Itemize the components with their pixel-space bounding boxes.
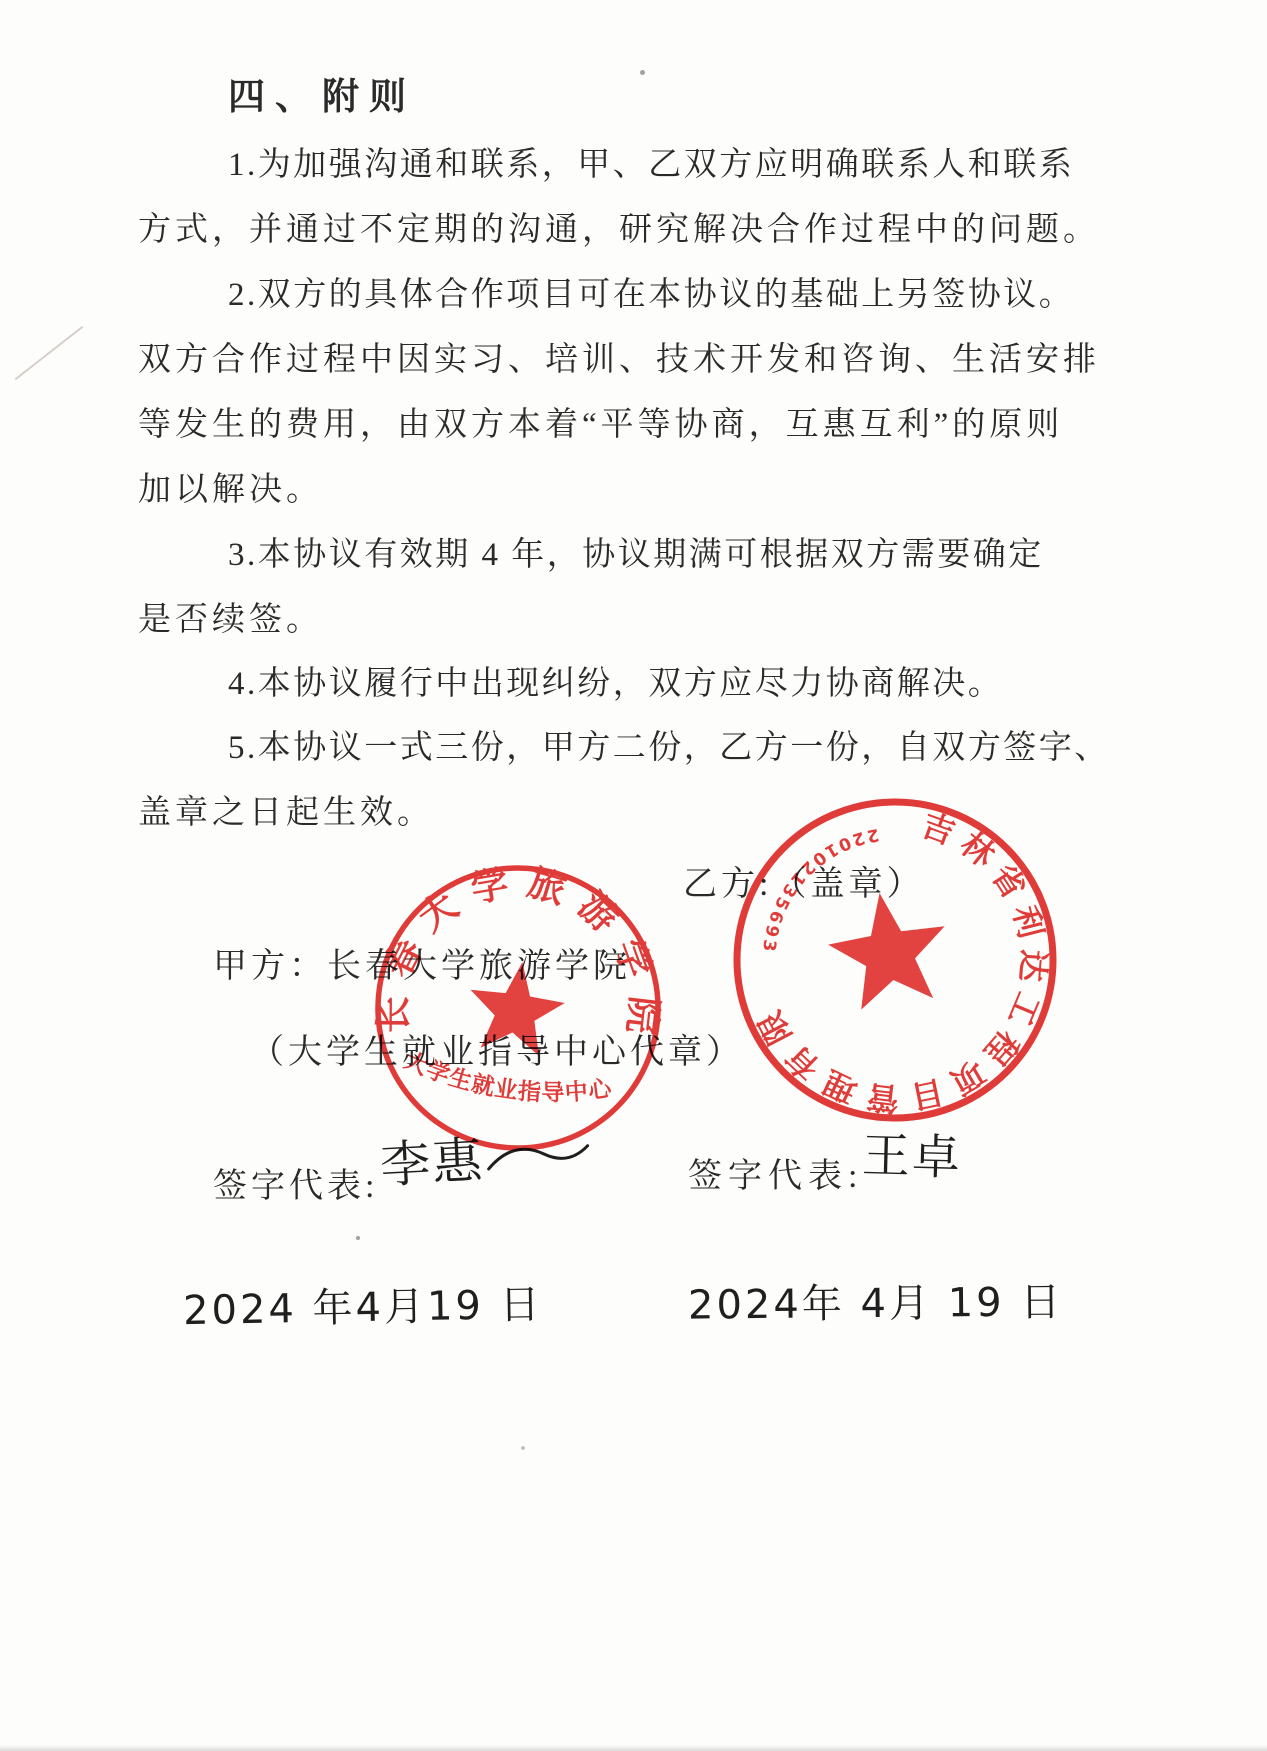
scanned-agreement-page: 四、附则 1.为加强沟通和联系，甲、乙双方应明确联系人和联系 方式，并通过不定期… — [0, 0, 1267, 1751]
seal-ring-text: 长春大学旅游学院 — [366, 856, 670, 1073]
section-heading: 四、附则 — [228, 66, 416, 120]
scan-speck — [521, 1446, 525, 1450]
scan-speck — [640, 70, 645, 75]
clause-2-line-3: 等发生的费用，由双方本着“平等协商，互惠互利”的原则 — [138, 398, 1063, 445]
clause-1-line-2: 方式，并通过不定期的沟通，研究解决合作过程中的问题。 — [138, 203, 1100, 250]
clause-4-line: 4.本协议履行中出现纠纷，双方应尽力协商解决。 — [228, 657, 1003, 704]
university-employment-center-seal: 长春大学旅游学院 大学生就业指导中心 — [366, 856, 670, 1160]
scan-speck — [356, 1236, 360, 1240]
clause-2-line-2: 双方合作过程中因实习、培训、技术开发和咨询、生活安排 — [138, 333, 1100, 380]
party-a-date: 2024 年4月19 日 — [183, 1273, 544, 1336]
scan-scratch-mark — [14, 326, 83, 381]
clause-3-line-1: 3.本协议有效期 4 年，协议期满可根据双方需要确定 — [228, 528, 1044, 575]
party-b-sign-label: 签字代表: — [688, 1148, 863, 1197]
seal-banner-text: 大学生就业指导中心 — [398, 1047, 618, 1119]
clause-2-line-1: 2.双方的具体合作项目可在本协议的基础上另签协议。 — [228, 268, 1074, 315]
clause-5-line-2: 盖章之日起生效。 — [138, 786, 434, 833]
party-b-date: 2024年 4月 19 日 — [688, 1270, 1064, 1330]
scan-bottom-edge-shadow — [0, 1745, 1267, 1751]
seal-star-icon — [463, 956, 570, 1059]
clause-5-line-1: 5.本协议一式三份，甲方二份，乙方一份，自双方签字、 — [228, 721, 1110, 768]
clause-3-line-2: 是否续签。 — [138, 593, 323, 640]
party-a-sign-label: 签字代表: — [213, 1158, 378, 1207]
clause-2-line-4: 加以解决。 — [138, 463, 323, 510]
seal-star-icon — [812, 877, 975, 1040]
clause-1-line-1: 1.为加强沟通和联系，甲、乙双方应明确联系人和联系 — [228, 138, 1074, 185]
company-seal: 吉林省利达工程项目管理有限公司 2201021356939 — [723, 788, 1067, 1132]
